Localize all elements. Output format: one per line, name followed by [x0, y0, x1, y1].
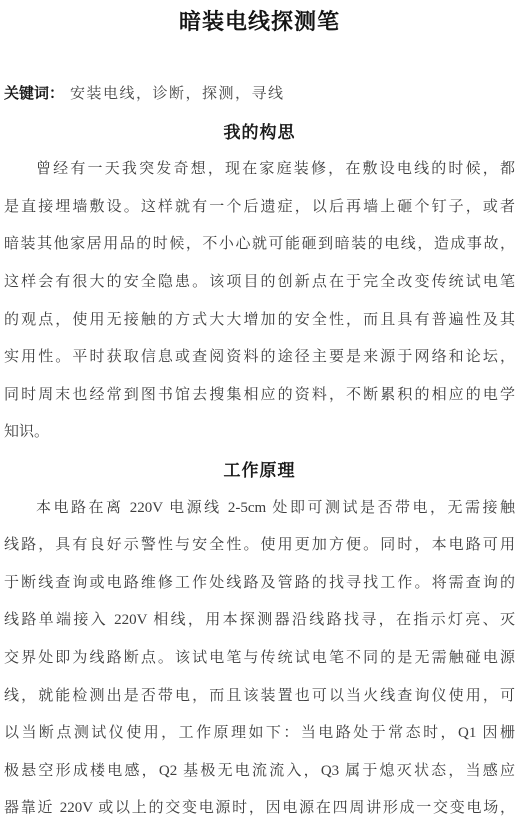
text-line: 这样会有很大的安全隐患。该项目的创新点在于完全改变传统试电笔 — [4, 264, 515, 302]
paragraph-principle: 本电路在离 220V 电源线 2-5cm 处即可测试是否带电，无需接触 线路，具… — [4, 490, 515, 828]
text-line: 于断线查询或电路维修工作处线路及管路的找寻找工作。将需查询的 — [4, 565, 515, 603]
text-line: 同时周末也经常到图书馆去搜集相应的资料，不断累积的相应的电学 — [4, 377, 515, 415]
text-line: 极悬空形成楼电感，Q2 基极无电流流入，Q3 属于熄灭状态，当感应 — [4, 753, 515, 791]
section-heading-concept: 我的构思 — [4, 114, 515, 152]
text-line: 器靠近 220V 或以上的交变电源时，因电源在四周讲形成一交变电场， — [4, 790, 515, 828]
text-line: 暗装其他家居用品的时候，不小心就可能砸到暗装的电线，造成事故， — [4, 226, 515, 264]
text-line: 的观点，使用无接触的方式大大增加的安全性，而且具有普遍性及其 — [4, 302, 515, 340]
keywords-line: 关键词：安装电线，诊断，探测，寻线 — [4, 76, 515, 114]
text-line: 知识。 — [4, 414, 515, 452]
text-line: 线，就能检测出是否带电，而且该装置也可以当火线查询仪使用，可 — [4, 678, 515, 716]
text-line: 交界处即为线路断点。该试电笔与传统试电笔不同的是无需触碰电源 — [4, 640, 515, 678]
text-line: 线路，具有良好示警性与安全性。使用更加方便。同时，本电路可用 — [4, 527, 515, 565]
document-title: 暗装电线探测笔 — [4, 6, 515, 38]
text-line: 是直接埋墙敷设。这样就有一个后遗症，以后再墙上砸个钉子，或者 — [4, 189, 515, 227]
keywords-text: 安装电线，诊断，探测，寻线 — [70, 86, 285, 102]
text-line: 曾经有一天我突发奇想，现在家庭装修，在敷设电线的时候，都 — [4, 151, 515, 189]
keywords-label: 关键词： — [4, 86, 64, 102]
text-line: 实用性。平时获取信息或查阅资料的途径主要是来源于网络和论坛， — [4, 339, 515, 377]
document-page: 暗装电线探测笔 关键词：安装电线，诊断，探测，寻线 我的构思 曾经有一天我突发奇… — [0, 0, 522, 831]
text-line: 本电路在离 220V 电源线 2-5cm 处即可测试是否带电，无需接触 — [4, 490, 515, 528]
text-line: 以当断点测试仪使用，工作原理如下：当电路处于常态时，Q1 因栅 — [4, 715, 515, 753]
paragraph-concept: 曾经有一天我突发奇想，现在家庭装修，在敷设电线的时候，都 是直接埋墙敷设。这样就… — [4, 151, 515, 452]
section-heading-principle: 工作原理 — [4, 452, 515, 490]
text-line: 线路单端接入 220V 相线，用本探测器沿线路找寻，在指示灯亮、灭 — [4, 602, 515, 640]
